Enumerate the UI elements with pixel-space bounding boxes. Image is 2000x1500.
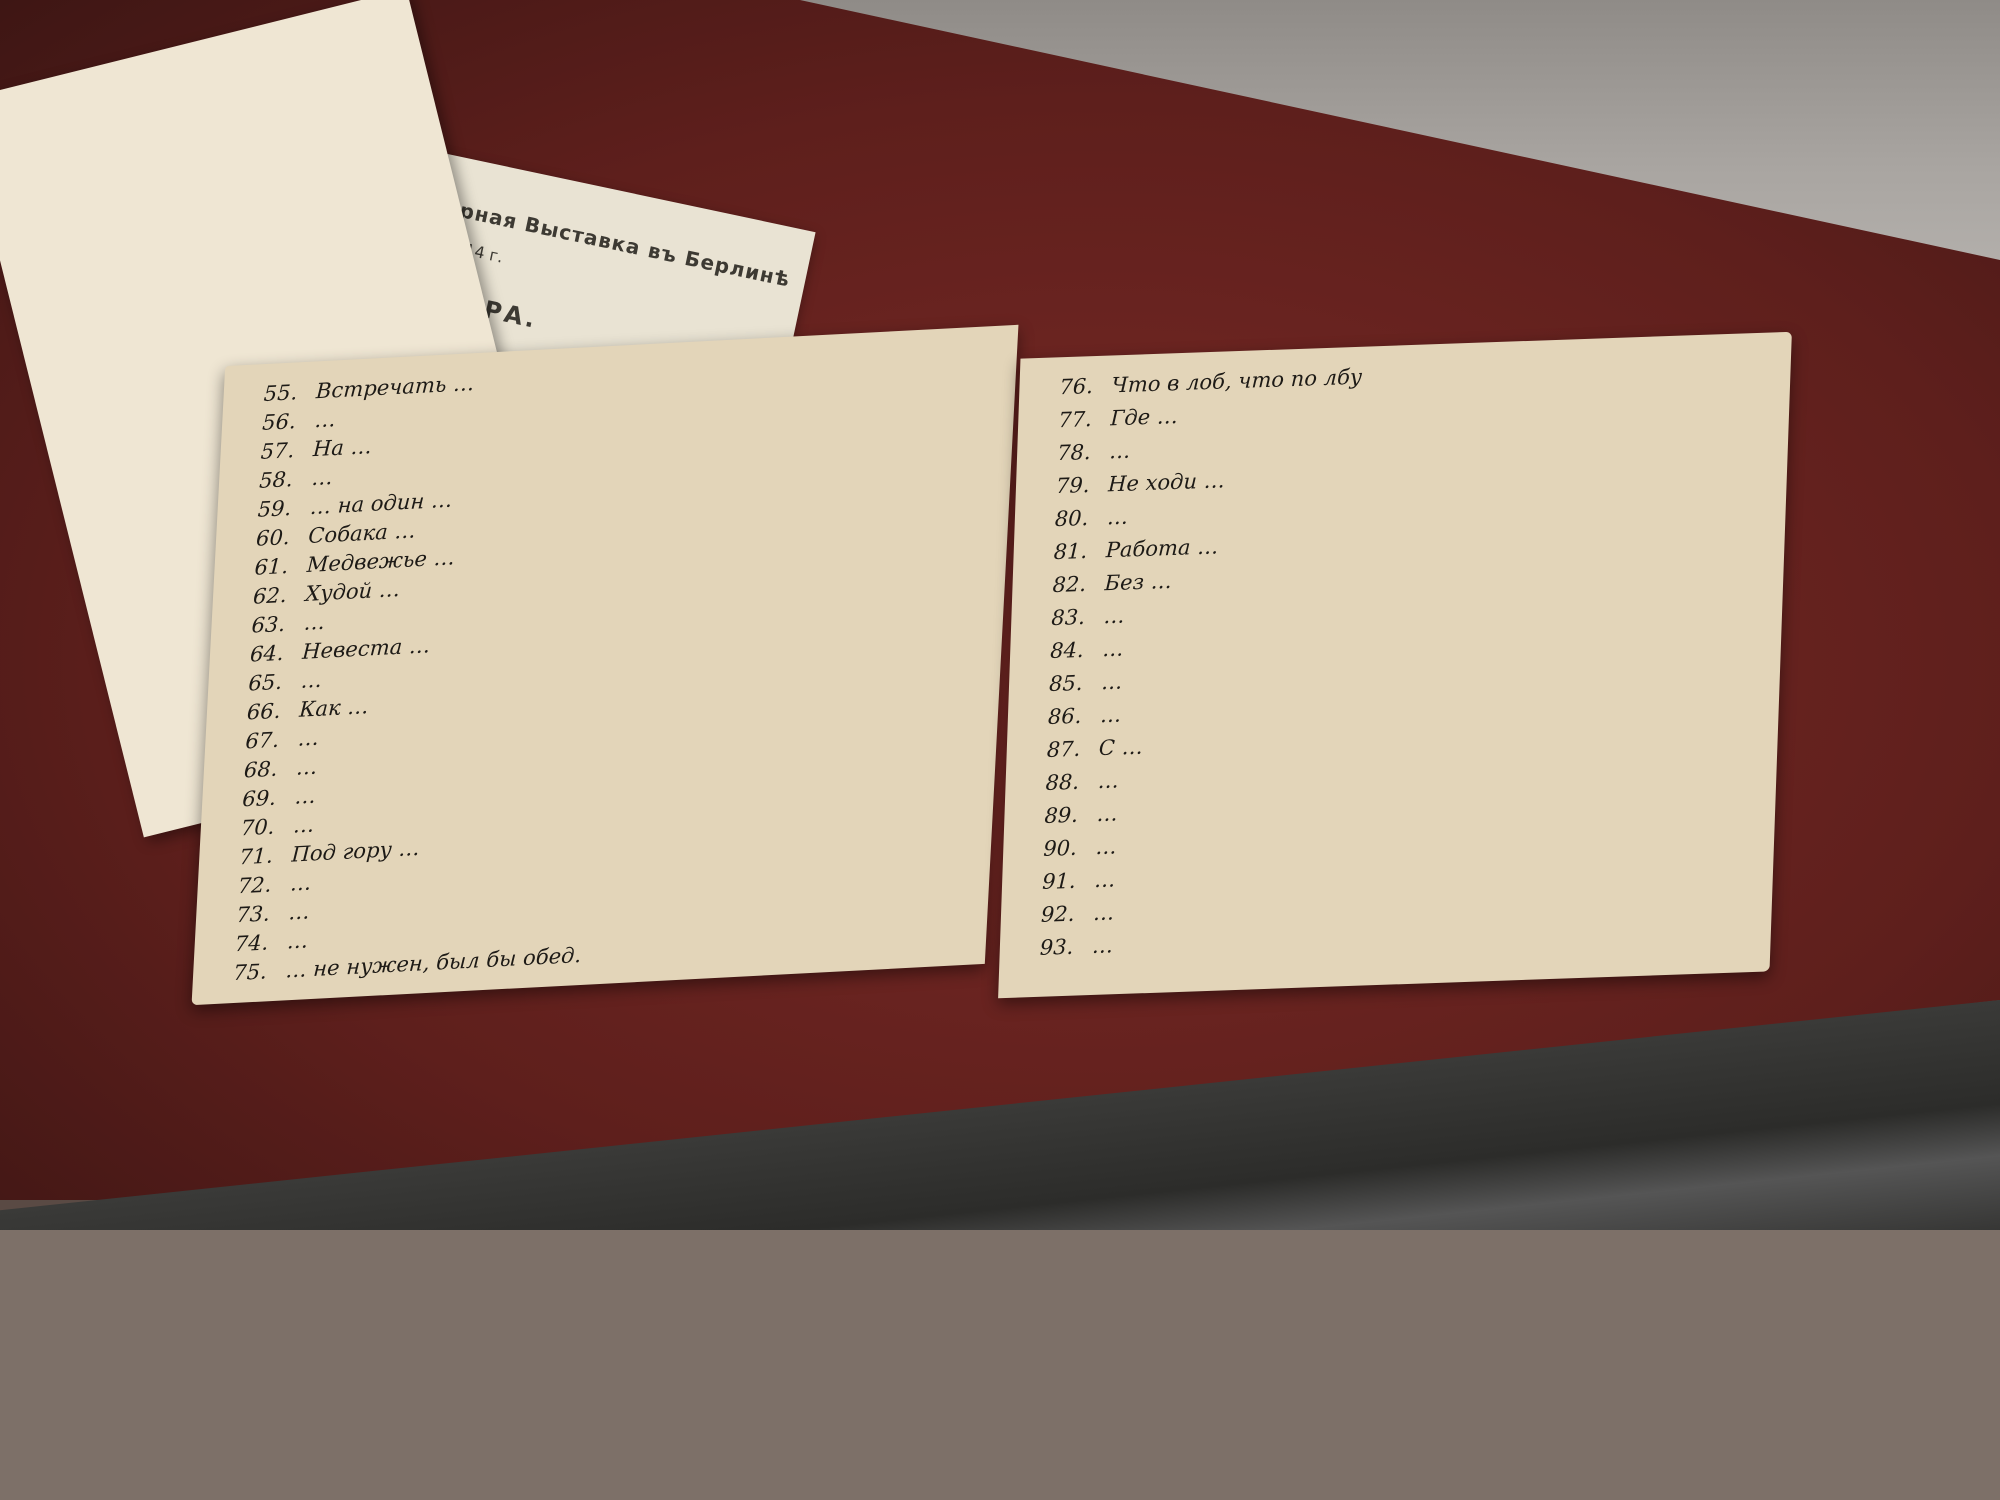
notebook-line: 90.… (1043, 834, 1117, 861)
line-text: … на один … (309, 488, 453, 519)
notebook-line: 84.… (1050, 637, 1124, 664)
line-text: С … (1098, 735, 1143, 761)
line-number: 84. (1050, 637, 1103, 663)
notebook-line: 74.… (234, 928, 309, 956)
line-text: … (1107, 505, 1129, 530)
line-number: 92. (1041, 901, 1094, 927)
line-number: 62. (252, 582, 305, 609)
notebook-line: 57.На … (260, 434, 372, 464)
line-text: Как … (299, 694, 370, 722)
notebook-line: 81.Работа … (1053, 534, 1218, 564)
notebook-line: 58.… (259, 465, 334, 493)
line-number: 67. (245, 727, 298, 754)
line-number: 82. (1052, 571, 1105, 597)
line-number: 64. (249, 640, 302, 667)
line-number: 86. (1048, 703, 1101, 729)
line-text: … (288, 899, 310, 924)
line-number: 88. (1045, 769, 1098, 795)
line-text: … (1103, 604, 1125, 629)
notebook-right-page: 76.Что в лоб, что по лбу77.Где …78.…79.Н… (998, 332, 1792, 998)
line-number: 93. (1039, 934, 1092, 960)
line-number: 89. (1044, 802, 1097, 828)
line-number: 55. (263, 379, 316, 406)
line-number: 70. (240, 814, 293, 841)
line-text: … не нужен, был бы обед. (285, 943, 582, 982)
line-number: 90. (1043, 835, 1096, 861)
line-text: Без … (1104, 569, 1172, 595)
line-text: … (314, 407, 336, 432)
notebook-line: 72.… (237, 870, 312, 898)
line-number: 63. (251, 611, 304, 638)
line-text: … (1100, 702, 1122, 727)
notebook-line: 88.… (1045, 768, 1119, 795)
line-number: 73. (236, 901, 289, 928)
notebook-line: 87.С … (1046, 735, 1143, 762)
line-text: … (311, 465, 333, 490)
notebook-line: 56.… (262, 407, 337, 435)
line-number: 60. (256, 524, 309, 551)
line-number: 58. (259, 466, 312, 493)
line-text: … (300, 668, 322, 693)
line-number: 69. (242, 785, 295, 812)
floor (0, 1230, 2000, 1500)
line-number: 71. (239, 843, 292, 870)
notebook-line: 86.… (1048, 702, 1122, 729)
notebook-line: 89.… (1044, 801, 1118, 828)
line-number: 61. (254, 553, 307, 580)
line-text: Медвежье … (306, 545, 455, 577)
notebook-line: 73.… (236, 899, 311, 927)
line-number: 68. (243, 756, 296, 783)
notebook-line: 80.… (1054, 505, 1128, 532)
notebook-left-page: 55.Встречать …56.…57.На …58.…59.… на оди… (192, 325, 1019, 1005)
line-text: … (1109, 439, 1131, 464)
line-text: … (292, 813, 314, 838)
notebook-line: 67.… (245, 726, 320, 754)
line-number: 59. (257, 495, 310, 522)
line-text: Собака … (308, 518, 417, 548)
line-text: На … (312, 434, 372, 461)
line-number: 85. (1049, 670, 1102, 696)
line-number: 65. (248, 669, 301, 696)
line-text: … (294, 784, 316, 809)
line-number: 79. (1056, 472, 1109, 498)
line-number: 75. (233, 958, 286, 985)
notebook-line: 64.Невеста … (249, 633, 430, 666)
line-text: Работа … (1105, 534, 1218, 562)
line-text: … (1096, 801, 1118, 826)
line-text: Невеста … (302, 633, 431, 664)
line-number: 72. (237, 872, 290, 899)
line-text: Встречать … (315, 371, 475, 403)
line-text: … (1102, 637, 1124, 662)
line-text: … (1097, 768, 1119, 793)
line-text: … (289, 870, 311, 895)
line-text: Под гору … (291, 836, 420, 867)
notebook-line: 65.… (248, 668, 323, 696)
line-number: 83. (1051, 604, 1104, 630)
line-text: Не ходи … (1108, 468, 1225, 496)
line-text: … (296, 755, 318, 780)
notebook-line: 71.Под гору … (239, 836, 421, 869)
notebook-line: 77.Где … (1058, 404, 1178, 432)
notebook-line: 83.… (1051, 604, 1125, 631)
line-text: … (1101, 669, 1123, 694)
line-number: 78. (1057, 439, 1110, 465)
notebook-line: 93.… (1039, 933, 1113, 960)
notebook-line: 79.Не ходи … (1056, 468, 1226, 498)
notebook-line: 55.Встречать … (263, 371, 475, 406)
line-number: 91. (1042, 868, 1095, 894)
notebook-line: 62.Худой … (252, 577, 400, 609)
line-text: … (1094, 867, 1116, 892)
notebook-line: 68.… (243, 755, 318, 783)
notebook-line: 70.… (240, 813, 315, 841)
line-text: … (286, 928, 308, 953)
notebook-line: 78.… (1057, 439, 1131, 466)
line-text: … (303, 610, 325, 635)
line-text: … (1093, 900, 1115, 925)
line-number: 80. (1054, 505, 1107, 531)
notebook-line: 69.… (242, 784, 317, 812)
notebook-line: 66.Как … (246, 694, 369, 724)
line-number: 57. (260, 437, 313, 464)
notebook-line: 60.Собака … (256, 518, 417, 550)
line-text: Где … (1110, 404, 1178, 430)
line-number: 81. (1053, 538, 1106, 564)
notebook-line: 91.… (1042, 867, 1116, 894)
notebook-line: 92.… (1041, 900, 1115, 927)
line-text: Что в лоб, что по лбу (1111, 365, 1362, 398)
notebook-line: 63.… (251, 610, 326, 638)
line-text: … (1095, 834, 1117, 859)
notebook-line: 85.… (1049, 669, 1123, 696)
notebook-line: 76.Что в лоб, что по лбу (1059, 365, 1362, 400)
notebook-line: 59.… на один … (257, 488, 453, 522)
notebook-line: 61.Медвежье … (254, 545, 455, 579)
line-number: 56. (262, 408, 315, 435)
line-text: … (297, 726, 319, 751)
line-number: 66. (246, 698, 299, 725)
notebook-line: 82.Без … (1052, 569, 1172, 597)
handwritten-notebook: 55.Встречать …56.…57.На …58.…59.… на оди… (210, 345, 1790, 1035)
line-number: 74. (234, 930, 287, 957)
line-number: 77. (1058, 406, 1111, 432)
line-text: … (1092, 933, 1114, 958)
line-number: 87. (1046, 736, 1099, 762)
line-number: 76. (1059, 373, 1112, 399)
line-text: Худой … (305, 577, 401, 606)
